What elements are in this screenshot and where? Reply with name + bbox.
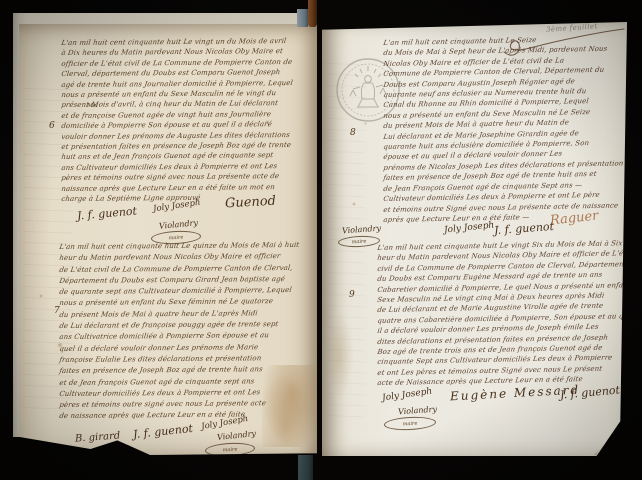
signature-secretary: Violandry [159,218,199,230]
signature-secretary: Violandry [398,405,438,417]
binding-strap-bottom [298,455,313,480]
paper-spot [265,120,270,124]
signature-secretary: Violandry [342,224,382,236]
paper-spot [57,342,63,348]
binding-stick-top [308,0,317,27]
signature-guenod: Guenod [225,194,277,212]
mayor-oval-stamp: maire [205,442,256,458]
entry-number-6: 6 [49,121,55,131]
paper-stain [262,365,318,447]
paper-spot [352,202,356,206]
interline-correction: Mai [87,103,99,109]
binding-clasp-top [297,9,308,27]
mayor-oval-stamp: maire [384,416,437,432]
mayor-oval-stamp: maire [338,235,381,248]
entry-number-9: 9 [349,290,355,300]
stamp-label: maire [223,446,238,453]
signature-girard: B. girard [75,430,121,444]
left-page: 6 L'an mil huit cent cinquante huit Le v… [19,24,317,455]
right-page: 3ème feuillet 8 L'an mil huit cent cinqu… [322,22,627,456]
entry-number-8: 8 [350,128,356,138]
signature-secretary: Violandry [217,429,257,442]
paper-spot [39,294,43,298]
signature-guenot: J. f. guenot [77,204,138,222]
entry-8-text-block: L'an mil huit cent cinquante huit Le Sei… [384,38,624,225]
signature-joly-joseph: Joly Joseph [382,387,433,404]
scanned-register-spread: 6 L'an mil huit cent cinquante huit Le v… [0,0,642,480]
folded-page-corner [594,420,627,455]
paper-stain [326,312,354,398]
signature-guenot: J. f. guenot [132,422,193,441]
stamp-label: maire [169,234,184,241]
paper-spot [364,122,367,125]
signature-guenot: J. f. guenot [494,220,555,237]
stamp-label: maire [352,238,367,245]
entry-6-text-block: L'an mil huit cent cinquante huit Le vin… [62,38,314,205]
entry-9-text-block: L'an mil huit cent cinquante huit Le vin… [378,243,624,389]
stamp-label: maire [403,420,418,427]
